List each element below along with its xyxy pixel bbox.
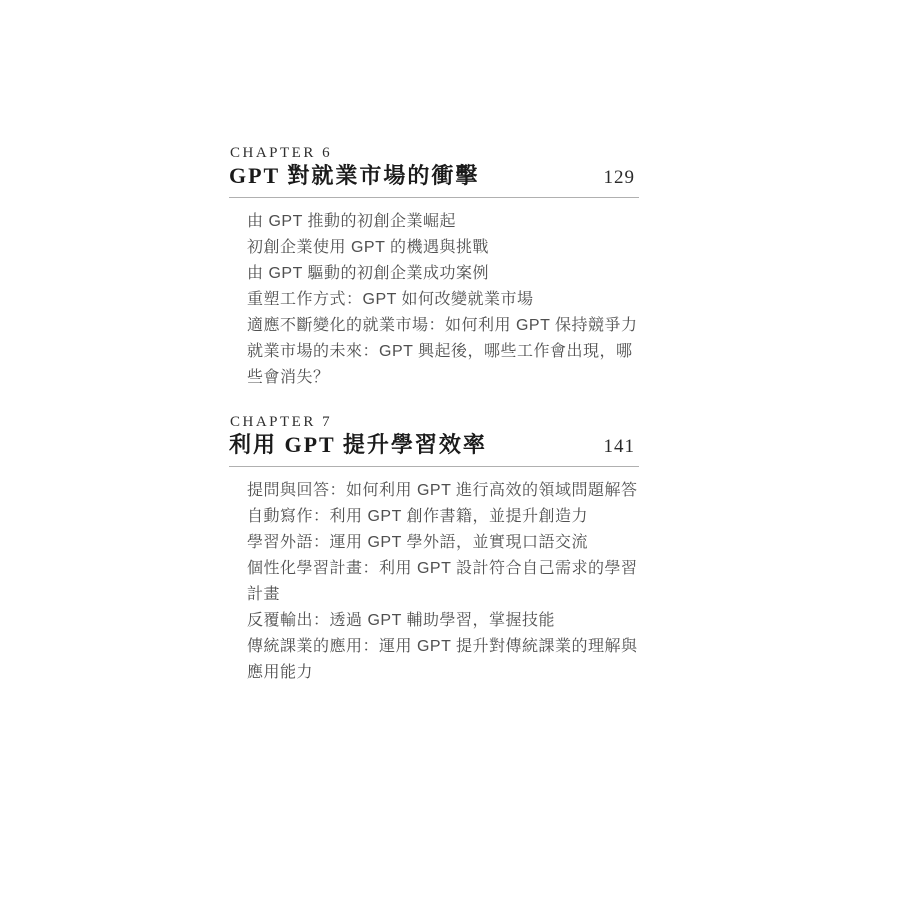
chapter-7-section: CHAPTER 7 利用 GPT 提升學習效率 141 提問與回答：如何利用 G… [229,413,639,686]
toc-item: 個性化學習計畫：利用 GPT 設計符合自己需求的學習計畫 [247,556,639,608]
chapter-label: CHAPTER 7 [230,413,639,431]
toc-item: 重塑工作方式：GPT 如何改變就業市場 [247,287,639,313]
toc-item: 初創企業使用 GPT 的機遇與挑戰 [247,235,639,261]
toc-item: 就業市場的未來：GPT 興起後，哪些工作會出現，哪些會消失？ [247,339,639,391]
chapter-title: GPT 對就業市場的衝擊 [229,162,479,189]
chapter-label: CHAPTER 6 [230,144,639,162]
chapter-heading-row: 利用 GPT 提升學習效率 141 [229,431,639,467]
chapter-item-list: 由 GPT 推動的初創企業崛起 初創企業使用 GPT 的機遇與挑戰 由 GPT … [247,209,639,391]
chapter-page-number: 141 [604,436,640,458]
chapter-page-number: 129 [604,167,640,189]
toc-item: 由 GPT 推動的初創企業崛起 [247,209,639,235]
toc-item: 提問與回答：如何利用 GPT 進行高效的領域問題解答 [247,478,639,504]
toc-item: 反覆輸出：透過 GPT 輔助學習，掌握技能 [247,608,639,634]
toc-item: 學習外語：運用 GPT 學外語，並實現口語交流 [247,530,639,556]
toc-item: 自動寫作：利用 GPT 創作書籍，並提升創造力 [247,504,639,530]
toc-item: 傳統課業的應用：運用 GPT 提升對傳統課業的理解與應用能力 [247,634,639,686]
toc-item: 適應不斷變化的就業市場：如何利用 GPT 保持競爭力 [247,313,639,339]
chapter-item-list: 提問與回答：如何利用 GPT 進行高效的領域問題解答 自動寫作：利用 GPT 創… [247,478,639,686]
chapter-heading-row: GPT 對就業市場的衝擊 129 [229,162,639,198]
chapter-6-section: CHAPTER 6 GPT 對就業市場的衝擊 129 由 GPT 推動的初創企業… [229,144,639,391]
chapter-title: 利用 GPT 提升學習效率 [229,431,487,458]
table-of-contents-page: CHAPTER 6 GPT 對就業市場的衝擊 129 由 GPT 推動的初創企業… [229,144,639,708]
toc-item: 由 GPT 驅動的初創企業成功案例 [247,261,639,287]
